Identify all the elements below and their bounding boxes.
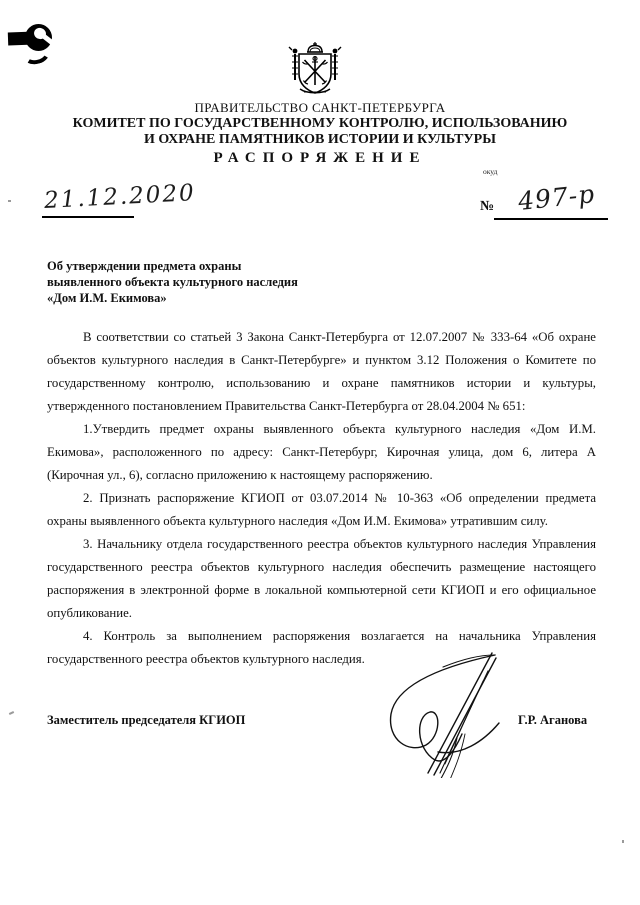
subject-line2: выявленного объекта культурного наследия bbox=[47, 274, 467, 290]
document-type-title: РАСПОРЯЖЕНИЕ bbox=[0, 150, 640, 167]
signatory-name: Г.Р. Аганова bbox=[518, 713, 587, 728]
okud-code-label: окуд bbox=[483, 167, 497, 176]
number-sign-label: № bbox=[480, 199, 494, 215]
number-underline bbox=[494, 218, 608, 220]
subject-line1: Об утверждении предмета охраны bbox=[47, 258, 467, 274]
spb-coat-of-arms-icon bbox=[286, 40, 344, 97]
date-underline bbox=[42, 216, 134, 218]
committee-title-line1: КОМИТЕТ ПО ГОСУДАРСТВЕННОМУ КОНТРОЛЮ, ИС… bbox=[0, 116, 640, 132]
order-item-2: 2. Признать распоряжение КГИОП от 03.07.… bbox=[47, 487, 596, 533]
subject-line3: «Дом И.М. Екимова» bbox=[47, 290, 467, 306]
scanner-artifact-icon bbox=[8, 24, 56, 58]
government-title: ПРАВИТЕЛЬСТВО САНКТ-ПЕТЕРБУРГА bbox=[0, 100, 640, 116]
order-item-3: 3. Начальнику отдела государственного ре… bbox=[47, 533, 596, 625]
scan-speck bbox=[9, 711, 14, 715]
signature-scribble-icon bbox=[383, 646, 505, 778]
document-page: ПРАВИТЕЛЬСТВО САНКТ-ПЕТЕРБУРГА КОМИТЕТ П… bbox=[0, 0, 640, 905]
handwritten-date: 21.12.2020 bbox=[43, 180, 196, 214]
handwritten-number: 497-р bbox=[517, 179, 597, 216]
body-text: В соответствии со статьей 3 Закона Санкт… bbox=[47, 326, 596, 671]
subject-block: Об утверждении предмета охраны выявленно… bbox=[47, 258, 467, 306]
scan-speck bbox=[8, 200, 11, 202]
order-item-1: 1.Утвердить предмет охраны выявленного о… bbox=[47, 418, 596, 487]
committee-title-line2: И ОХРАНЕ ПАМЯТНИКОВ ИСТОРИИ И КУЛЬТУРЫ bbox=[0, 132, 640, 148]
scan-speck bbox=[622, 840, 624, 843]
preamble-paragraph: В соответствии со статьей 3 Закона Санкт… bbox=[47, 326, 596, 418]
signatory-position: Заместитель председателя КГИОП bbox=[47, 713, 245, 728]
order-item-4: 4. Контроль за выполнением распоряжения … bbox=[47, 625, 596, 671]
